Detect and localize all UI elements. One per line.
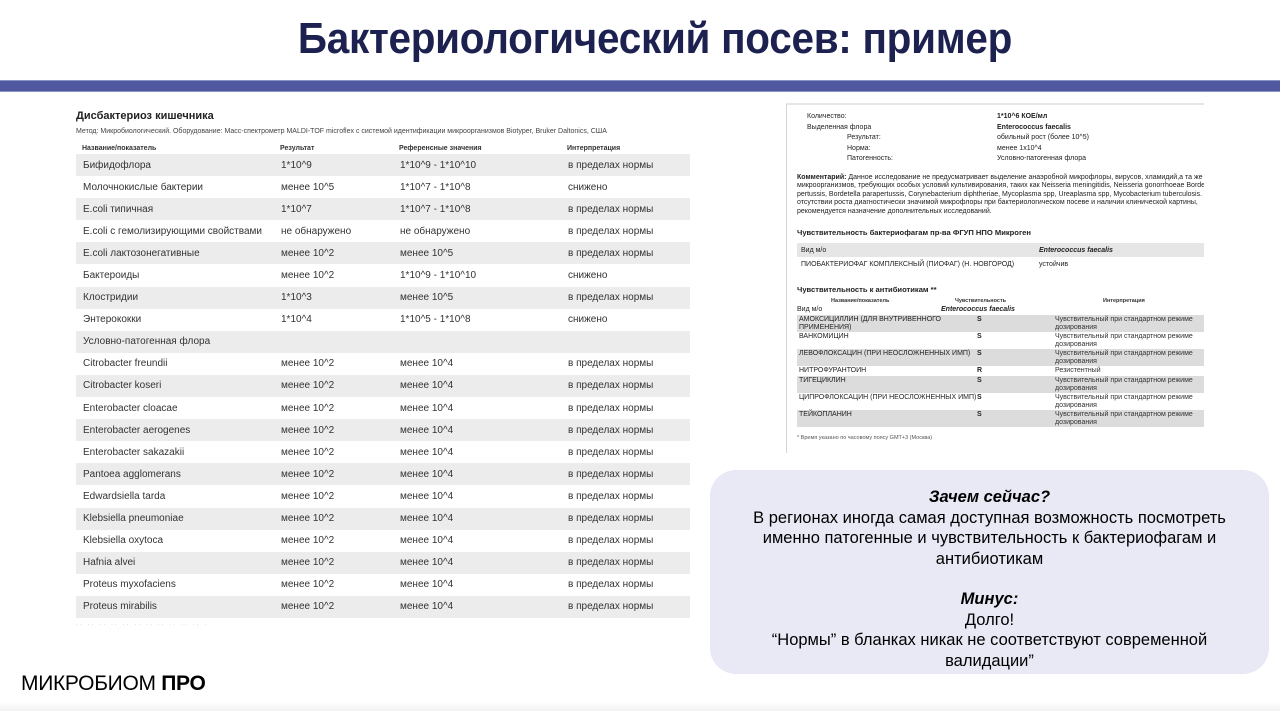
table-cell: менее 10^2 xyxy=(274,508,393,530)
phage-sensitivity-table: Вид м/о Enterococcus faecalis ПИОБАКТЕРИ… xyxy=(797,243,1204,271)
summary-row: Норма:менее 1x10^4 xyxy=(797,137,1204,148)
table-row: E.coli лактозонегативныеменее 10^2менее … xyxy=(76,242,690,264)
table-cell: Enterobacter cloacae xyxy=(76,397,274,419)
sensitivity-value: S xyxy=(977,393,1053,410)
table-cell: 1*10^7 - 1*10^8 xyxy=(393,176,561,198)
antibiotic-row: ТЕЙКОПЛАНИНSЧувствительный при стандартн… xyxy=(797,410,1204,427)
bottom-edge xyxy=(0,702,1280,711)
table-cell: менее 10^2 xyxy=(274,530,393,552)
info-line: валидации” xyxy=(710,651,1269,672)
abx-col-sensitivity: Чувствительность xyxy=(955,298,1006,304)
table-header-row: Название/показательРезультатРеференсные … xyxy=(76,142,690,154)
table-cell: в пределах нормы xyxy=(561,485,690,507)
table-cell: Клостридии xyxy=(76,287,274,309)
summary-row: Патогенность:Условно-патогенная флора xyxy=(797,147,1204,158)
culture-report: Количество:1*10^6 КОЕ/млВыделенная флора… xyxy=(786,103,1204,453)
table-cell: в пределах нормы xyxy=(561,574,690,596)
slide-title: Бактериологический посев: пример xyxy=(52,14,1257,64)
table-cell: Бифидофлора xyxy=(76,154,274,176)
interpretation: Чувствительный при стандартном режиме до… xyxy=(1053,393,1204,410)
antibiotic-row: АМОКСИЦИЛЛИН (ДЛЯ ВНУТРИВЕННОГО ПРИМЕНЕН… xyxy=(797,315,1204,332)
table-cell: менее 10^4 xyxy=(393,596,561,618)
table-cell: менее 10^2 xyxy=(274,397,393,419)
why-now-text: В регионах иногда самая доступная возмож… xyxy=(710,508,1269,570)
brand-regular: МИКРОБИОМ xyxy=(21,672,161,695)
interpretation: Чувствительный при стандартном режиме до… xyxy=(1053,376,1204,393)
sensitivity-value: R xyxy=(977,366,1053,376)
table-cell: Молочнокислые бактерии xyxy=(76,176,274,198)
report-method: Метод: Микробиологический. Оборудование:… xyxy=(76,128,690,135)
interpretation: Чувствительный при стандартном режиме до… xyxy=(1053,410,1204,427)
table-row: Klebsiella pneumoniaeменее 10^2менее 10^… xyxy=(76,508,690,530)
culture-summary: Количество:1*10^6 КОЕ/млВыделенная флора… xyxy=(797,105,1204,158)
table-cell: менее 10^2 xyxy=(274,485,393,507)
interpretation: Чувствительный при стандартном режиме до… xyxy=(1053,349,1204,366)
truncated-line: ·· ·· ·· ·· ·· ·· ·· ·· ·· ·· ·· · xyxy=(76,622,690,626)
table-cell: снижено xyxy=(561,176,690,198)
table-cell: менее 10^2 xyxy=(274,596,393,618)
info-line: антибиотикам xyxy=(710,549,1269,570)
table-row: Энтерококки1*10^41*10^5 - 1*10^8снижено xyxy=(76,309,690,331)
table-cell: в пределах нормы xyxy=(561,397,690,419)
table-cell: Условно-патогенная флора xyxy=(76,331,274,353)
phage-row: ПИОБАКТЕРИОФАГ КОМПЛЕКСНЫЙ (ПИОФАГ) (Н. … xyxy=(797,257,1204,271)
abx-species-label: Вид м/о xyxy=(797,306,822,313)
dysbacteriosis-table: Название/показательРезультатРеференсные … xyxy=(76,142,690,618)
table-cell: менее 10^2 xyxy=(274,375,393,397)
table-cell: снижено xyxy=(561,309,690,331)
table-row: Клостридии1*10^3менее 10^5в пределах нор… xyxy=(76,287,690,309)
table-cell: менее 10^2 xyxy=(274,552,393,574)
column-header: Референсные значения xyxy=(393,142,561,154)
table-row: E.coli типичная1*10^71*10^7 - 1*10^8в пр… xyxy=(76,198,690,220)
table-cell: менее 10^5 xyxy=(393,287,561,309)
table-cell: менее 10^4 xyxy=(393,485,561,507)
interpretation: Чувствительный при стандартном режиме до… xyxy=(1053,332,1204,349)
table-row: Молочнокислые бактериименее 10^51*10^7 -… xyxy=(76,176,690,198)
summary-value: Условно-патогенная флора xyxy=(997,155,1086,162)
table-cell: в пределах нормы xyxy=(561,463,690,485)
minus-text: Долго!“Нормы” в бланках никак не соответ… xyxy=(710,610,1269,672)
sensitivity-value: S xyxy=(977,332,1053,349)
table-cell: менее 10^4 xyxy=(393,508,561,530)
sensitivity-value: S xyxy=(977,315,1053,332)
table-cell: менее 10^4 xyxy=(393,552,561,574)
table-cell: Klebsiella pneumoniae xyxy=(76,508,274,530)
antibiotic-name: ЦИПРОФЛОКСАЦИН (ПРИ НЕОСЛОЖНЕННЫХ ИМП) xyxy=(797,393,977,410)
table-cell: Pantoea agglomerans xyxy=(76,463,274,485)
info-line: В регионах иногда самая доступная возмож… xyxy=(710,508,1269,529)
table-cell: в пределах нормы xyxy=(561,242,690,264)
antibiotic-name: ТИГЕЦИКЛИН xyxy=(797,376,977,393)
antibiotic-name: НИТРОФУРАНТОИН xyxy=(797,366,977,376)
info-line: “Нормы” в бланках никак не соответствуют… xyxy=(710,630,1269,651)
table-cell: менее 10^2 xyxy=(274,353,393,375)
antibiotic-row: ВАНКОМИЦИНSЧувствительный при стандартно… xyxy=(797,332,1204,349)
phage-header-row: Вид м/о Enterococcus faecalis xyxy=(797,243,1204,257)
table-cell xyxy=(561,331,690,353)
table-cell: менее 10^2 xyxy=(274,242,393,264)
table-cell: не обнаружено xyxy=(274,220,393,242)
antibiotic-row: НИТРОФУРАНТОИНRРезистентный xyxy=(797,366,1204,376)
abx-col-interpretation: Интерпретация xyxy=(1103,298,1145,304)
table-cell: менее 10^4 xyxy=(393,530,561,552)
table-cell: Proteus mirabilis xyxy=(76,596,274,618)
phage-cell: устойчив xyxy=(1035,257,1204,271)
summary-row: Количество:1*10^6 КОЕ/мл xyxy=(797,105,1204,116)
antibiotic-name: ВАНКОМИЦИН xyxy=(797,332,977,349)
table-cell: 1*10^3 xyxy=(274,287,393,309)
phage-cell: ПИОБАКТЕРИОФАГ КОМПЛЕКСНЫЙ (ПИОФАГ) (Н. … xyxy=(797,257,1035,271)
table-row: Citrobacter koseriменее 10^2менее 10^4в … xyxy=(76,375,690,397)
table-row: Бифидофлора1*10^91*10^9 - 1*10^10в преде… xyxy=(76,154,690,176)
table-cell: менее 10^4 xyxy=(393,353,561,375)
table-cell: в пределах нормы xyxy=(561,508,690,530)
sensitivity-value: S xyxy=(977,349,1053,366)
comment-text: Данное исследование не предусматривает в… xyxy=(797,174,1204,215)
commentary-box: Зачем сейчас? В регионах иногда самая до… xyxy=(710,470,1269,674)
table-cell: Hafnia alvei xyxy=(76,552,274,574)
interpretation: Резистентный xyxy=(1053,366,1204,376)
table-row: Условно-патогенная флора xyxy=(76,331,690,353)
title-divider-bar xyxy=(0,80,1280,92)
table-cell: в пределах нормы xyxy=(561,552,690,574)
table-row: Pantoea agglomeransменее 10^2менее 10^4в… xyxy=(76,463,690,485)
abx-species: Enterococcus faecalis xyxy=(941,306,1015,313)
dysbacteriosis-report: Дисбактериоз кишечника Метод: Микробиоло… xyxy=(76,110,690,626)
info-line: именно патогенные и чувствительность к б… xyxy=(710,528,1269,549)
summary-label: Патогенность: xyxy=(847,155,893,162)
table-cell: не обнаружено xyxy=(393,220,561,242)
table-row: Бактероидыменее 10^21*10^9 - 1*10^10сниж… xyxy=(76,264,690,286)
table-cell: менее 10^2 xyxy=(274,574,393,596)
table-cell: 1*10^5 - 1*10^8 xyxy=(393,309,561,331)
table-cell: E.coli лактозонегативные xyxy=(76,242,274,264)
brand-bold: ПРО xyxy=(161,672,205,695)
table-cell: Бактероиды xyxy=(76,264,274,286)
table-cell: Энтерококки xyxy=(76,309,274,331)
antibiotic-row: ТИГЕЦИКЛИНSЧувствительный при стандартно… xyxy=(797,376,1204,393)
table-cell: менее 10^4 xyxy=(393,375,561,397)
table-cell: в пределах нормы xyxy=(561,154,690,176)
report-comment: Комментарий: Данное исследование не пред… xyxy=(797,174,1204,217)
phage-section-title: Чувствительность бактериофагам пр-ва ФГУ… xyxy=(797,228,1204,237)
antibiotic-name: ЛЕВОФЛОКСАЦИН (ПРИ НЕОСЛОЖНЕННЫХ ИМП) xyxy=(797,349,977,366)
table-cell: E.coli с гемолизирующими свойствами xyxy=(76,220,274,242)
brand-logo: МИКРОБИОМ ПРО xyxy=(21,672,206,696)
table-row: Edwardsiella tardaменее 10^2менее 10^4в … xyxy=(76,485,690,507)
table-cell: менее 10^2 xyxy=(274,441,393,463)
table-cell: менее 10^4 xyxy=(393,463,561,485)
table-cell: снижено xyxy=(561,264,690,286)
table-cell: менее 10^2 xyxy=(274,463,393,485)
table-cell: Citrobacter koseri xyxy=(76,375,274,397)
column-header: Интерпретация xyxy=(561,142,690,154)
table-cell: менее 10^2 xyxy=(274,419,393,441)
table-row: Enterobacter aerogenesменее 10^2менее 10… xyxy=(76,419,690,441)
table-cell: 1*10^9 xyxy=(274,154,393,176)
table-cell: 1*10^7 xyxy=(274,198,393,220)
sensitivity-value: S xyxy=(977,376,1053,393)
summary-row: Результат:обильный рост (более 10^5) xyxy=(797,126,1204,137)
table-row: Klebsiella oxytocaменее 10^2менее 10^4в … xyxy=(76,530,690,552)
table-cell: менее 10^4 xyxy=(393,397,561,419)
table-cell: менее 10^4 xyxy=(393,574,561,596)
abx-col-name: Название/показатель xyxy=(831,298,889,304)
table-cell: менее 10^4 xyxy=(393,441,561,463)
table-cell: 1*10^9 - 1*10^10 xyxy=(393,154,561,176)
table-cell: в пределах нормы xyxy=(561,419,690,441)
timezone-footnote: * Время указано по часовому поясу GMT+3 … xyxy=(797,435,1204,441)
table-row: Enterobacter cloacaeменее 10^2менее 10^4… xyxy=(76,397,690,419)
why-now-title: Зачем сейчас? xyxy=(710,487,1269,508)
table-cell: Enterobacter sakazakii xyxy=(76,441,274,463)
table-cell: E.coli типичная xyxy=(76,198,274,220)
table-row: Enterobacter sakazakiiменее 10^2менее 10… xyxy=(76,441,690,463)
table-cell: в пределах нормы xyxy=(561,220,690,242)
table-row: Citrobacter freundiiменее 10^2менее 10^4… xyxy=(76,353,690,375)
phage-header-species-label: Вид м/о xyxy=(797,243,1035,257)
table-cell: в пределах нормы xyxy=(561,530,690,552)
table-cell: 1*10^7 - 1*10^8 xyxy=(393,198,561,220)
comment-label: Комментарий: xyxy=(797,174,846,181)
antibiotic-section-title: Чувствительность к антибиотикам ** xyxy=(797,285,1204,294)
summary-row: Выделенная флораEnterococcus faecalis xyxy=(797,116,1204,127)
table-cell xyxy=(274,331,393,353)
antibiotic-name: ТЕЙКОПЛАНИН xyxy=(797,410,977,427)
table-row: E.coli с гемолизирующими свойствамине об… xyxy=(76,220,690,242)
table-cell: Enterobacter aerogenes xyxy=(76,419,274,441)
table-cell: менее 10^4 xyxy=(393,419,561,441)
minus-title: Минус: xyxy=(710,589,1269,610)
sensitivity-value: S xyxy=(977,410,1053,427)
table-cell: в пределах нормы xyxy=(561,441,690,463)
table-row: Hafnia alveiменее 10^2менее 10^4в предел… xyxy=(76,552,690,574)
table-cell: Proteus myxofaciens xyxy=(76,574,274,596)
phage-header-organism: Enterococcus faecalis xyxy=(1035,243,1204,257)
table-cell: в пределах нормы xyxy=(561,353,690,375)
table-row: Proteus myxofaciensменее 10^2менее 10^4в… xyxy=(76,574,690,596)
table-cell: Klebsiella oxytoca xyxy=(76,530,274,552)
column-header: Название/показатель xyxy=(76,142,274,154)
table-cell: 1*10^4 xyxy=(274,309,393,331)
info-line: Долго! xyxy=(710,610,1269,631)
column-header: Результат xyxy=(274,142,393,154)
antibiotic-sensitivity-table: АМОКСИЦИЛЛИН (ДЛЯ ВНУТРИВЕННОГО ПРИМЕНЕН… xyxy=(797,315,1204,427)
table-cell: в пределах нормы xyxy=(561,596,690,618)
table-cell: менее 10^2 xyxy=(274,264,393,286)
antibiotic-row: ЦИПРОФЛОКСАЦИН (ПРИ НЕОСЛОЖНЕННЫХ ИМП)SЧ… xyxy=(797,393,1204,410)
table-cell xyxy=(393,331,561,353)
table-cell: в пределах нормы xyxy=(561,287,690,309)
table-cell: Edwardsiella tarda xyxy=(76,485,274,507)
antibiotic-name: АМОКСИЦИЛЛИН (ДЛЯ ВНУТРИВЕННОГО ПРИМЕНЕН… xyxy=(797,315,977,332)
table-cell: менее 10^5 xyxy=(274,176,393,198)
table-row: Proteus mirabilisменее 10^2менее 10^4в п… xyxy=(76,596,690,618)
interpretation: Чувствительный при стандартном режиме до… xyxy=(1053,315,1204,332)
table-cell: в пределах нормы xyxy=(561,375,690,397)
table-cell: менее 10^5 xyxy=(393,242,561,264)
table-cell: 1*10^9 - 1*10^10 xyxy=(393,264,561,286)
table-cell: Citrobacter freundii xyxy=(76,353,274,375)
antibiotic-table-header: Название/показатель Чувствительность Инт… xyxy=(797,294,1204,305)
abx-species-row: Вид м/о Enterococcus faecalis xyxy=(797,305,1204,315)
antibiotic-row: ЛЕВОФЛОКСАЦИН (ПРИ НЕОСЛОЖНЕННЫХ ИМП)SЧу… xyxy=(797,349,1204,366)
table-cell: в пределах нормы xyxy=(561,198,690,220)
report-heading: Дисбактериоз кишечника xyxy=(76,110,690,122)
